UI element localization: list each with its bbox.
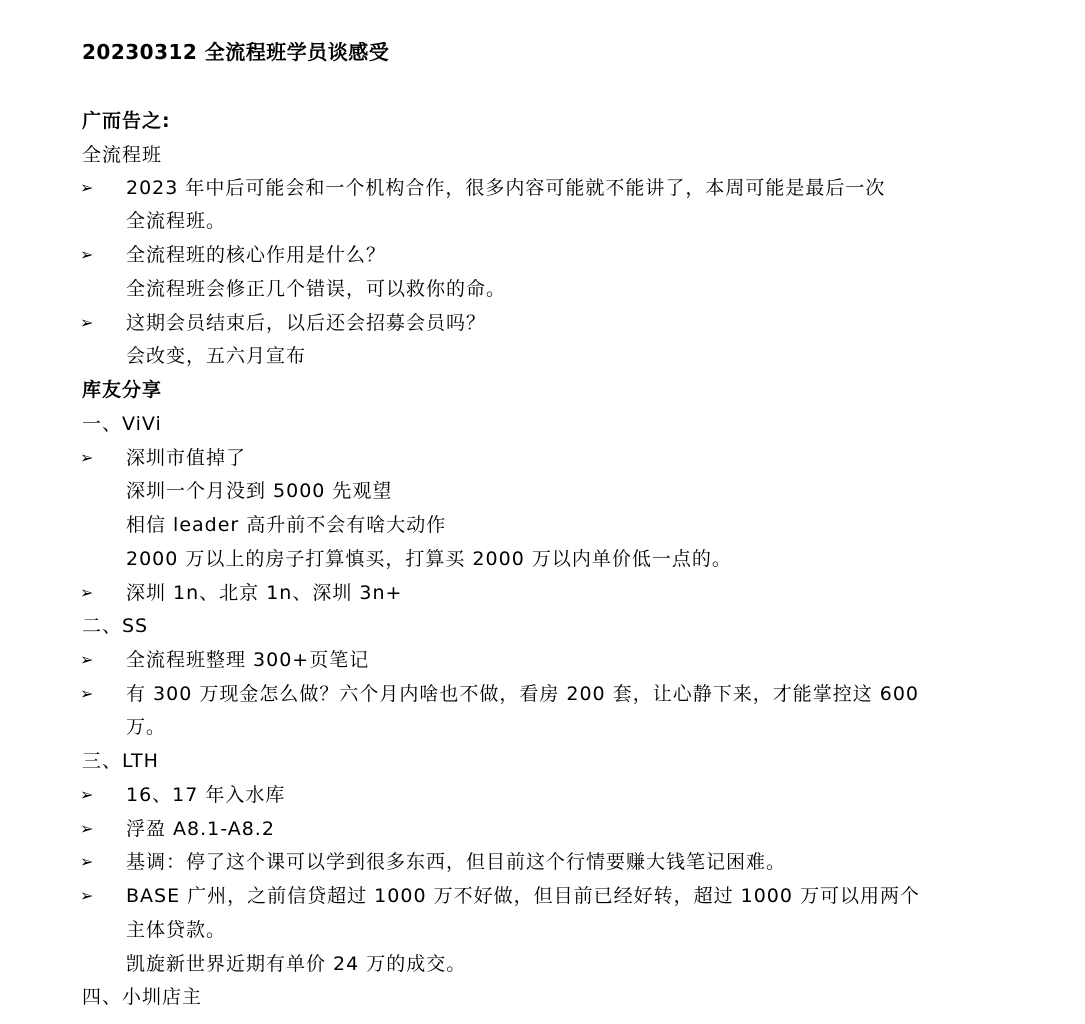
section-item-text: 主体贷款。 [126,918,226,942]
share-heading: 库友分享 [82,378,162,402]
document-page: 20230312 全流程班学员谈感受 广而告之: 全流程班 ➢ 2023 年中后… [0,0,1085,1024]
ad-item-text: 全流程班的核心作用是什么？ [126,243,386,267]
section-item-text: 深圳 1n、北京 1n、深圳 3n+ [126,581,402,605]
section-item-text: 基调：停了这个课可以学到很多东西，但目前这个行情要赚大钱笔记困难。 [126,850,786,874]
ad-heading: 广而告之: [82,109,171,133]
document-title: 20230312 全流程班学员谈感受 [82,40,389,64]
ad-item-text: 2023 年中后可能会和一个机构合作，很多内容可能就不能讲了，本周可能是最后一次 [126,176,885,200]
bullet-icon: ➢ [80,648,93,672]
section-item-text: 相信 leader 高升前不会有啥大动作 [126,513,446,537]
ad-subheading: 全流程班 [82,143,162,167]
bullet-icon: ➢ [80,817,93,841]
bullet-icon: ➢ [80,243,93,267]
section-heading: 四、小圳店主 [82,985,202,1009]
section-item-text: 深圳市值掉了 [126,446,246,470]
section-item-text: 凯旋新世界近期有单价 24 万的成交。 [126,952,466,976]
section-item-text: 有 300 万现金怎么做？六个月内啥也不做，看房 200 套，让心静下来，才能掌… [126,682,919,706]
ad-item-text: 全流程班会修正几个错误，可以救你的命。 [126,277,506,301]
ad-item-text: 会改变，五六月宣布 [126,344,306,368]
bullet-icon: ➢ [80,850,93,874]
section-heading: 三、LTH [82,749,159,773]
bullet-icon: ➢ [80,884,93,908]
section-item-text: 浮盈 A8.1-A8.2 [126,817,275,841]
bullet-icon: ➢ [80,311,93,335]
bullet-icon: ➢ [80,581,93,605]
section-item-text: 16、17 年入水库 [126,783,285,807]
bullet-icon: ➢ [80,783,93,807]
section-item-text: 深圳一个月没到 5000 先观望 [126,479,392,503]
section-heading: 一、ViVi [82,412,162,436]
section-item-text: BASE 广州，之前信贷超过 1000 万不好做，但目前已经好转，超过 1000… [126,884,920,908]
ad-item-text: 这期会员结束后，以后还会招募会员吗？ [126,311,486,335]
section-item-text: 万。 [126,715,166,739]
section-heading: 二、SS [82,614,148,638]
section-item-text: 2000 万以上的房子打算慎买，打算买 2000 万以内单价低一点的。 [126,547,732,571]
bullet-icon: ➢ [80,682,93,706]
bullet-icon: ➢ [80,446,93,470]
section-item-text: 全流程班整理 300+页笔记 [126,648,369,672]
bullet-icon: ➢ [80,176,93,200]
ad-item-text: 全流程班。 [126,209,226,233]
